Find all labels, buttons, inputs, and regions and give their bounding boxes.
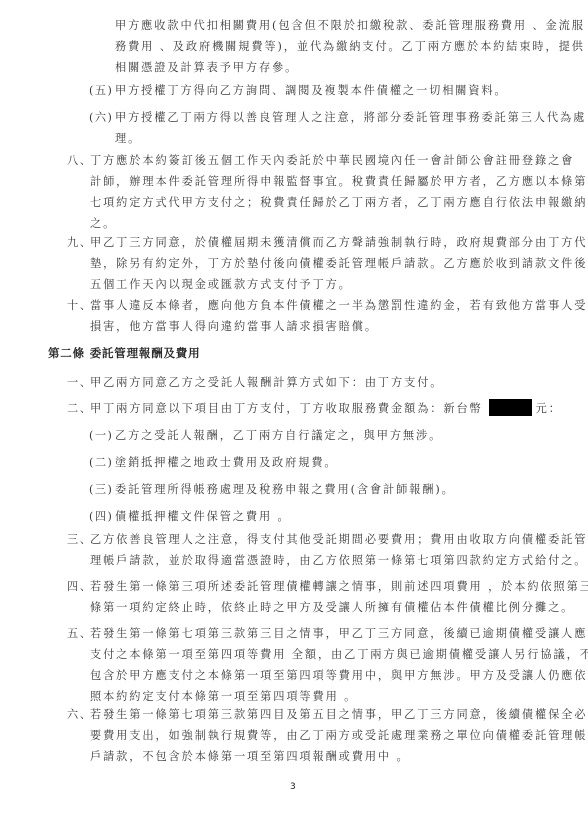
text-fragment: 甲丁兩方同意以下項目由丁方支付，丁方收取服務費金額為：新台幣 [90, 402, 483, 415]
sub-item-text: 委託管理所得帳務處理及稅務申報之費用(含會計師報酬)。 [115, 479, 455, 500]
article2-item-6-text: 若發生第一條第七項第三款第四目及第五目之情事，甲乙丁三方同意，後續債權保全必 要… [90, 704, 587, 767]
text-line: 損害，他方當事人得向違約當事人請求損害賠償。 [90, 316, 587, 337]
text-line: 相關憑證及計算表予甲方存參。 [115, 57, 585, 78]
text-line: 乙方之受託人報酬，乙丁兩方自行議定之，與甲方無涉。 [115, 425, 442, 446]
article-heading: 第二條 委託管理報酬及費用 [48, 343, 200, 364]
text-fragment: 元： [536, 402, 562, 415]
item-10-text: 當事人違反本條者，應向他方負本件債權之一半為懲罰性違約金，若有致他方當事人受 損… [90, 295, 587, 337]
sub-item-label: (四) [89, 506, 113, 527]
sub-item-text: 乙方之受託人報酬，乙丁兩方自行議定之，與甲方無涉。 [115, 425, 442, 446]
text-line: 七項約定方式代甲方支付之；稅費責任歸於乙丁兩方者，乙丁兩方應自行依法申報繳納 [90, 192, 587, 213]
item-label: 五、 [67, 623, 92, 644]
text-line: 五個工作天內以現金或匯款方式支付予丁方。 [90, 274, 587, 295]
sub-item-label: (六) [89, 107, 113, 128]
text-line: 之。 [90, 213, 587, 234]
article2-item-1-text: 甲乙兩方同意乙方之受託人報酬計算方式如下：由丁方支付。 [90, 372, 443, 393]
text-line: 包含於甲方應支付之本條第一項至第四項等費用中，與甲方無涉。甲方及受讓人仍應依 [90, 665, 588, 686]
article2-item-4-text: 若發生第一條第三項所述委託管理債權轉讓之情事，則前述四項費用 ，於本約依照第三 … [90, 576, 588, 618]
sub-item-6-text: 甲方授權乙丁兩方得以善良管理人之注意，將部分委託管理事務委託第三人代為處 理。 [115, 107, 586, 149]
text-line: 墊，除另有約定外，丁方於墊付後向債權委託管理帳戶請款。乙方應於收到請款文件後 [90, 253, 587, 274]
text-line: 務費用 、及政府機關規費等)，並代為繳納支付。乙丁兩方應於本約結束時，提供 [115, 36, 585, 57]
text-line: 甲方授權丁方得向乙方詢問、調閱及複製本件債權之一切相關資料。 [115, 80, 508, 101]
text-line: 乙方依善良管理人之注意，得支付其他受託期間必要費用；費用由收取方向債權委託管 [90, 529, 587, 550]
text-line: 要費用支出，如強制執行規費等，由乙丁兩方或受託處理業務之單位向債權委託管理帳 [90, 725, 587, 746]
document-page: 甲方應收款中代扣相關費用(包含但不限於扣繳稅款、委託管理服務費用 、金流服 務費… [0, 0, 588, 831]
item-8-text: 丁方應於本約簽訂後五個工作天內委託於中華民國境內任一會計師公會註冊登錄之會 計師… [90, 150, 587, 234]
sub-item-label: (二) [89, 452, 113, 473]
text-line: 甲乙兩方同意乙方之受託人報酬計算方式如下：由丁方支付。 [90, 372, 443, 393]
paragraph-continuation: 甲方應收款中代扣相關費用(包含但不限於扣繳稅款、委託管理服務費用 、金流服 務費… [115, 15, 585, 78]
sub-item-label: (五) [89, 80, 113, 101]
article2-item-5-text: 若發生第一條第七項第三款第三目之情事，甲乙丁三方同意，後續已逾期債權受讓人應 支… [90, 623, 588, 707]
text-line: 甲乙丁三方同意，於債權屆期未獲清償而乙方聲請強制執行時，政府規費部分由丁方代 [90, 232, 587, 253]
item-label: 四、 [67, 576, 92, 597]
item-label: 八、 [67, 150, 92, 171]
text-line: 債權抵押權文件保管之費用 。 [115, 506, 291, 527]
text-line: 若發生第一條第七項第三款第四目及第五目之情事，甲乙丁三方同意，後續債權保全必 [90, 704, 587, 725]
redacted-amount [489, 399, 532, 416]
text-line: 甲方應收款中代扣相關費用(包含但不限於扣繳稅款、委託管理服務費用 、金流服 [115, 15, 585, 36]
page-number: 3 [290, 782, 296, 792]
text-line: 條第一項約定終止時，依終止時之甲方及受讓人所擁有債權佔本件債權比例分攤之。 [90, 597, 588, 618]
item-label: 一、 [67, 372, 92, 393]
item-9-text: 甲乙丁三方同意，於債權屆期未獲清償而乙方聲請強制執行時，政府規費部分由丁方代 墊… [90, 232, 587, 295]
article2-item-3-text: 乙方依善良管理人之注意，得支付其他受託期間必要費用；費用由收取方向債權委託管 理… [90, 529, 587, 571]
item-label: 三、 [67, 529, 92, 550]
text-line: 理。 [115, 128, 586, 149]
text-line: 計師，辦理本件委託管理所得申報監督事宜。稅費責任歸屬於甲方者，乙方應以本條第 [90, 171, 587, 192]
text-line: 若發生第一條第七項第三款第三目之情事，甲乙丁三方同意，後續已逾期債權受讓人應 [90, 623, 588, 644]
text-line: 委託管理所得帳務處理及稅務申報之費用(含會計師報酬)。 [115, 479, 455, 500]
text-line: 戶請款，不包含於本條第一項至第四項報酬或費用中 。 [90, 746, 587, 767]
text-line: 支付之本條第一項至第四項等費用 全額，由乙丁兩方與已逾期債權受讓人另行協議，不 [90, 644, 588, 665]
text-line: 當事人違反本條者，應向他方負本件債權之一半為懲罰性違約金，若有致他方當事人受 [90, 295, 587, 316]
sub-item-text: 債權抵押權文件保管之費用 。 [115, 506, 291, 527]
text-line: 理帳戶請款，並於取得適當憑證時，由乙方依照第一條第七項第四款約定方式給付之。 [90, 550, 587, 571]
text-line: 甲方授權乙丁兩方得以善良管理人之注意，將部分委託管理事務委託第三人代為處 [115, 107, 586, 128]
item-label: 二、 [67, 398, 92, 419]
sub-item-5-text: 甲方授權丁方得向乙方詢問、調閱及複製本件債權之一切相關資料。 [115, 80, 508, 101]
item-label: 十、 [67, 295, 92, 316]
item-label: 六、 [67, 704, 92, 725]
text-line: 塗銷抵押權之地政士費用及政府規費。 [115, 452, 338, 473]
text-line: 丁方應於本約簽訂後五個工作天內委託於中華民國境內任一會計師公會註冊登錄之會 [90, 150, 587, 171]
item-label: 九、 [67, 232, 92, 253]
sub-item-text: 塗銷抵押權之地政士費用及政府規費。 [115, 452, 338, 473]
article2-item-2-text: 甲丁兩方同意以下項目由丁方支付，丁方收取服務費金額為：新台幣元： [90, 398, 562, 419]
sub-item-label: (三) [89, 479, 113, 500]
sub-item-label: (一) [89, 425, 113, 446]
text-line: 若發生第一條第三項所述委託管理債權轉讓之情事，則前述四項費用 ，於本約依照第三 [90, 576, 588, 597]
